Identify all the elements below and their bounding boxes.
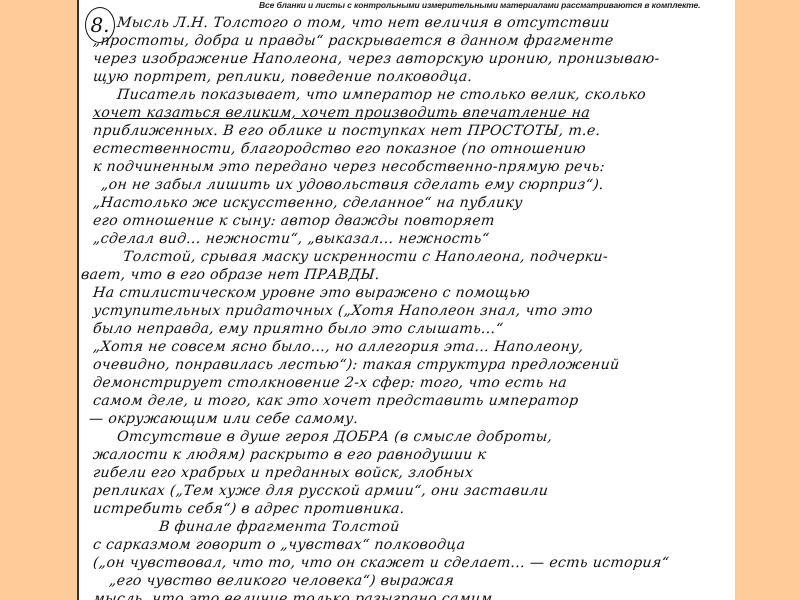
essay-line: очевидно, понравилась лестью“): такая ст… <box>92 356 620 374</box>
essay-line: На стилистическом уровне это выражено с … <box>92 284 531 302</box>
essay-line: Мысль Л.Н. Толстого о том, что нет велич… <box>116 14 611 32</box>
essay-line: Отсутствие в душе героя ДОБРА (в смысле … <box>116 428 553 446</box>
essay-line: жалости к людям) раскрыто в его равнодуш… <box>92 446 487 464</box>
essay-line: „Настолько же искусственно, сделанное“ н… <box>92 194 524 212</box>
essay-line: через изображение Наполеона, через автор… <box>92 50 661 68</box>
essay-line: „сделал вид... нежности“, „выказал... не… <box>92 230 490 248</box>
essay-line: хочет казаться великим, хочет производит… <box>92 104 591 122</box>
essay-line: репликах („Тем хуже для русской армии“, … <box>92 482 549 500</box>
essay-line: Писатель показывает, что император не ст… <box>116 86 647 104</box>
essay-line: было неправда, ему приятно было это слыш… <box>92 320 504 338</box>
essay-line: — окружающим или себе самому. <box>88 410 359 428</box>
essay-line: естественности, благородство его показно… <box>92 140 587 158</box>
essay-line: самом деле, и того, как это хочет предст… <box>92 392 579 410</box>
essay-line: демонстрирует столкновение 2-х сфер: тог… <box>92 374 568 392</box>
essay-line: вает, что в его образе нет ПРАВДЫ. <box>80 266 381 284</box>
essay-line: приближенных. В его облике и поступках н… <box>92 122 601 140</box>
header-note: Все бланки и листы с контрольными измери… <box>259 0 719 10</box>
essay-line: „простоты, добра и правды“ раскрывается … <box>92 32 614 50</box>
essay-line: уступительных придаточных („Хотя Наполео… <box>92 302 594 320</box>
essay-line: В финале фрагмента Толстой <box>158 518 400 536</box>
essay-line: гибели его храбрых и преданных войск, зл… <box>92 464 474 482</box>
essay-line: („он чувствовал, что то, что он скажет и… <box>92 554 670 572</box>
essay-line: истребить себя“) в адрес противника. <box>92 500 406 518</box>
essay-line: с сарказмом говорит о „чувствах“ полково… <box>92 536 466 554</box>
essay-line: „он не забыл лишить их удовольствия сдел… <box>100 176 605 194</box>
essay-line: его отношение к сыну: автор дважды повто… <box>92 212 496 230</box>
essay-line: Толстой, срывая маску искренности с Напо… <box>122 248 609 266</box>
scanned-answer-sheet: Все бланки и листы с контрольными измери… <box>77 0 735 600</box>
essay-line: „Хотя не совсем ясно было..., но аллегор… <box>92 338 585 356</box>
essay-line: к подчиненным это передано через несобст… <box>92 158 606 176</box>
essay-line: мысль, что это величие только разыграно … <box>92 590 493 600</box>
essay-line: щую портрет, реплики, поведение полковод… <box>92 68 473 86</box>
essay-line: „его чувство великого человека“) выражая <box>108 572 455 590</box>
